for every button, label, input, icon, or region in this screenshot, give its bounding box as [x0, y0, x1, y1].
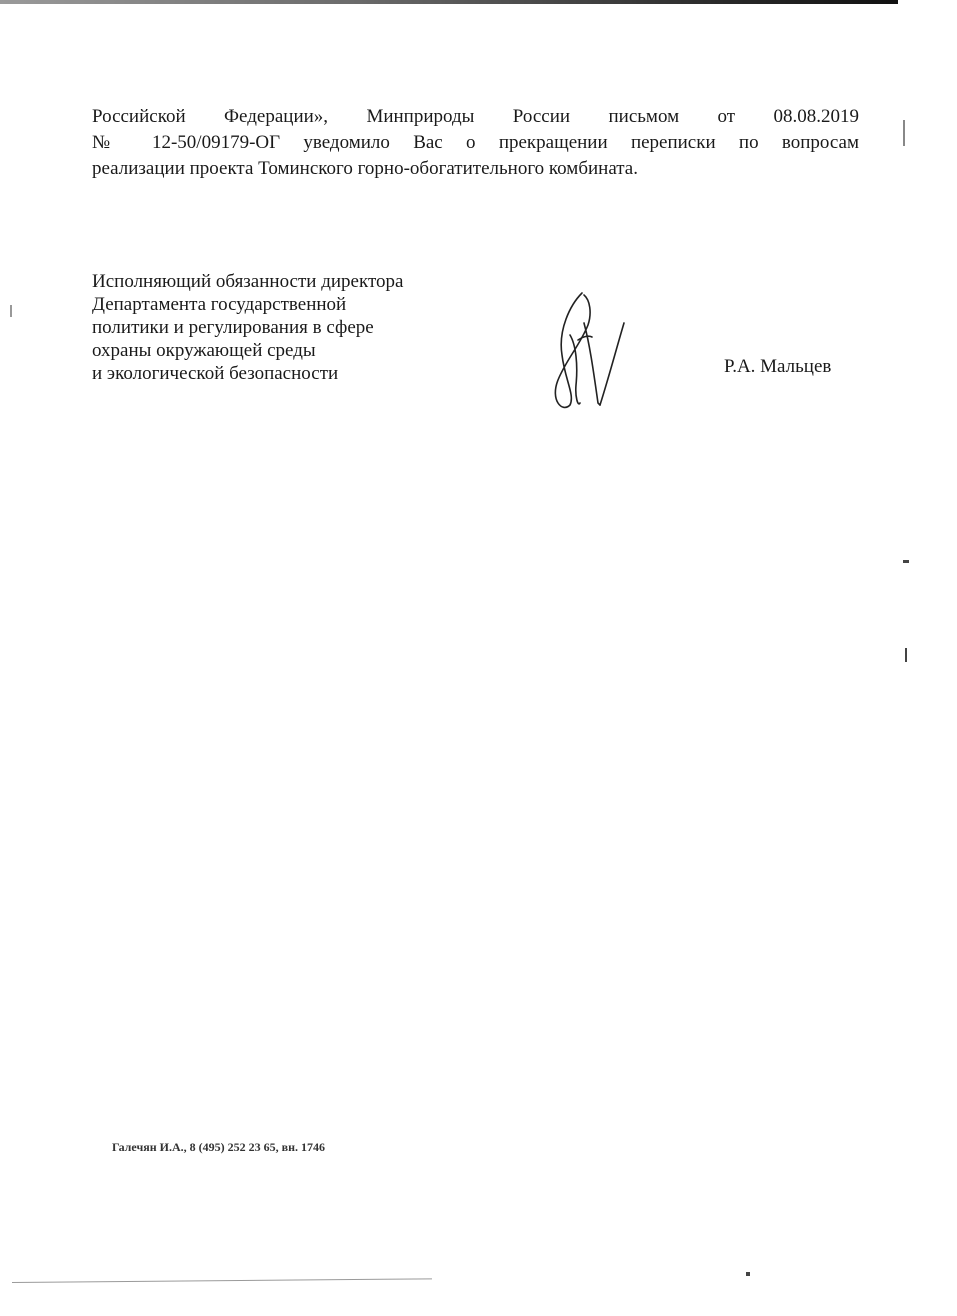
title-line: политики и регулирования в сфере — [92, 316, 403, 339]
top-rule — [0, 0, 898, 4]
scan-artifact — [10, 305, 12, 317]
title-line: и экологической безопасности — [92, 362, 403, 385]
title-line: Исполняющий обязанности директора — [92, 270, 403, 293]
title-line: охраны окружающей среды — [92, 339, 403, 362]
body-line: № 12-50/09179-ОГ уведомило Вас о прекращ… — [92, 130, 859, 156]
body-line: реализации проекта Томинского горно-обог… — [92, 156, 859, 182]
executor-contact: Галечян И.А., 8 (495) 252 23 65, вн. 174… — [112, 1140, 325, 1155]
scan-artifact — [903, 120, 905, 146]
title-line: Департамента государственной — [92, 293, 403, 316]
handwritten-signature-icon — [540, 285, 630, 415]
signatory-name: Р.А. Мальцев — [724, 356, 831, 378]
scan-artifact — [903, 560, 909, 563]
body-line: Российской Федерации», Минприроды России… — [92, 104, 859, 130]
letter-body: Российской Федерации», Минприроды России… — [92, 104, 859, 182]
scan-artifact — [905, 648, 907, 662]
signatory-title: Исполняющий обязанности директора Департ… — [92, 270, 403, 385]
bottom-rule — [12, 1278, 432, 1283]
scan-artifact — [746, 1272, 750, 1276]
